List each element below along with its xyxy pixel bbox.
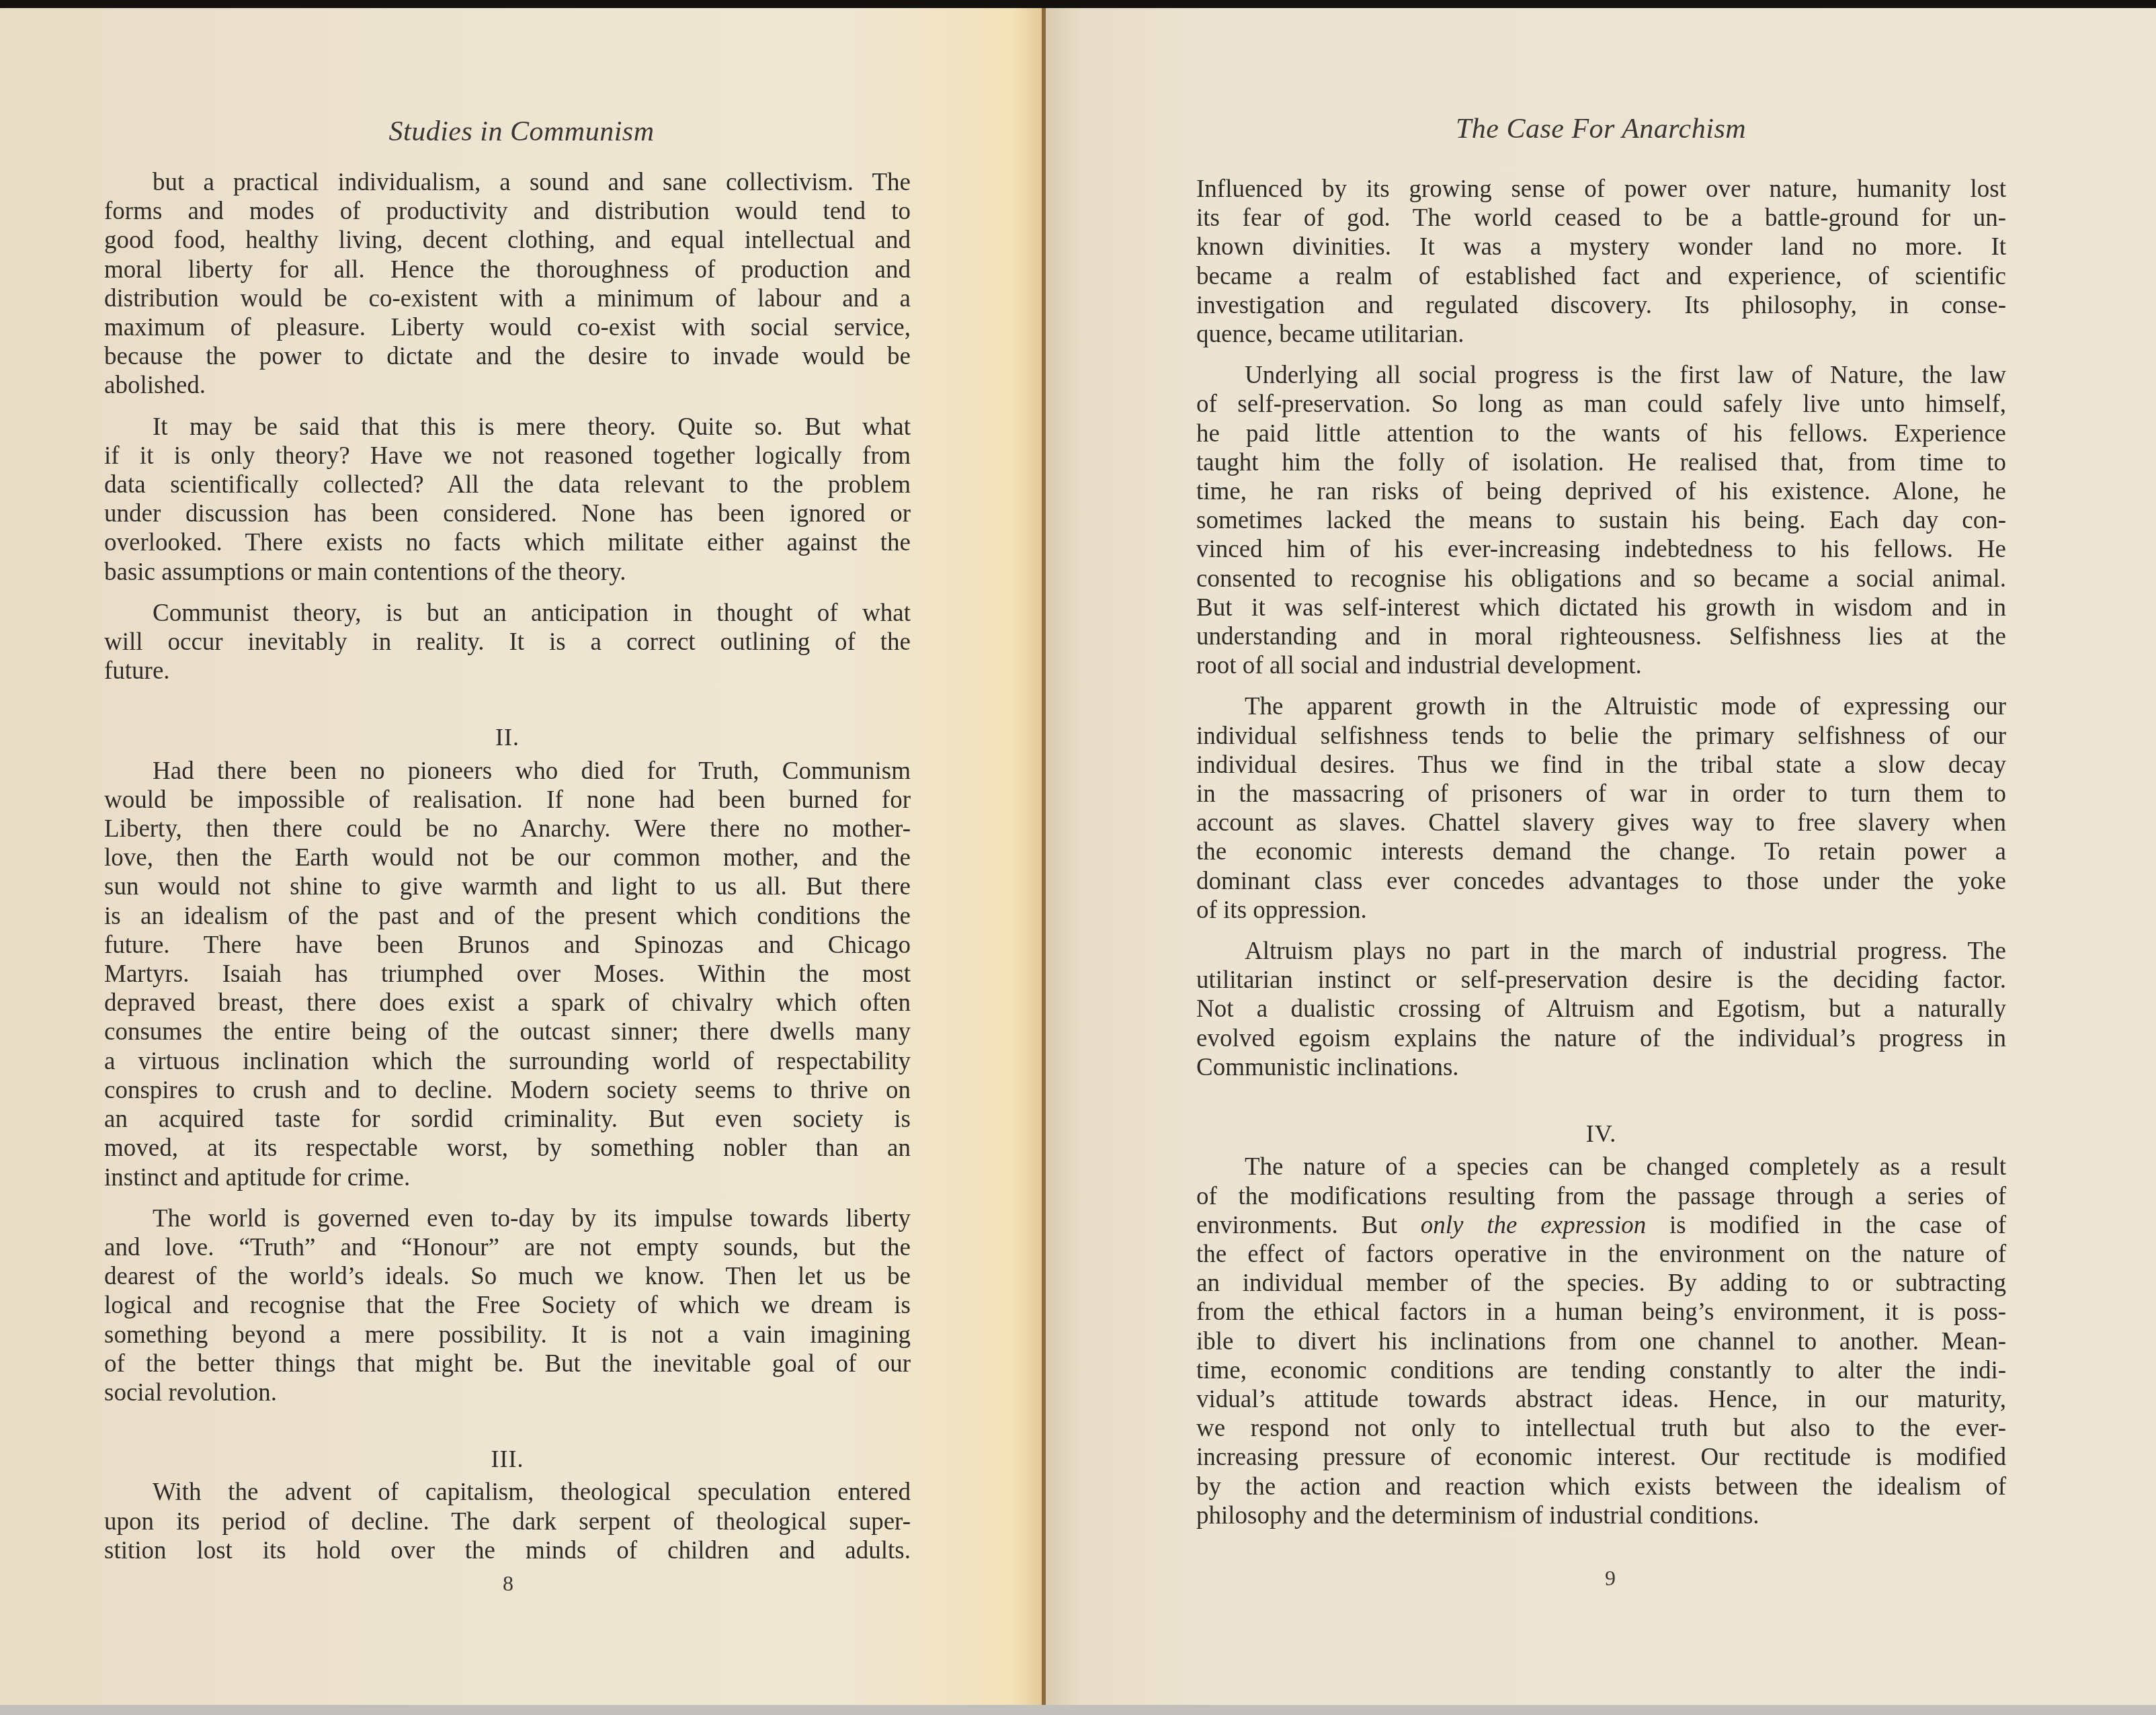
left-page: Studies in Communism but a practical ind…: [0, 8, 1043, 1705]
text-line: is an idealism of the past and of the pr…: [104, 902, 911, 931]
text-line: by the action and reaction which exists …: [1196, 1472, 2006, 1501]
text-line: upon its period of decline. The dark ser…: [104, 1507, 911, 1536]
text-line: With the advent of capitalism, theologic…: [104, 1478, 911, 1507]
section-heading: II.: [104, 723, 911, 752]
text-line: instinct and aptitude for crime.: [104, 1163, 911, 1192]
text-line: under discussion has been considered. No…: [104, 499, 911, 528]
text-line: The apparent growth in the Altruistic mo…: [1196, 692, 2006, 721]
text-line: consumes the entire being of the outcast…: [104, 1017, 911, 1046]
text-line: environments. But only the expression is…: [1196, 1211, 2006, 1240]
text-line: future. There have been Brunos and Spino…: [104, 931, 911, 960]
text-line: stition lost its hold over the minds of …: [104, 1536, 911, 1565]
text-line: he paid little attention to the wants of…: [1196, 419, 2006, 448]
text-line: of the modifications resulting from the …: [1196, 1182, 2006, 1211]
paragraph: Communist theory, is but an anticipation…: [104, 599, 911, 686]
running-head: Studies in Communism: [0, 116, 1043, 148]
running-head: The Case For Anarchism: [1046, 113, 2156, 145]
text-line: understanding and in moral righteousness…: [1196, 622, 2006, 651]
text-line: of self-preservation. So long as man cou…: [1196, 390, 2006, 419]
paragraph: but a practical individualism, a sound a…: [104, 168, 911, 401]
text-line: Martyrs. Isaiah has triumphed over Moses…: [104, 960, 911, 989]
text-line: Altruism plays no part in the march of i…: [1196, 937, 2006, 966]
text-line: basic assumptions or main contentions of…: [104, 558, 911, 587]
text-line: good food, healthy living, decent clothi…: [104, 226, 911, 255]
text-line: maximum of pleasure. Liberty would co-ex…: [104, 313, 911, 342]
text-line: Influenced by its growing sense of power…: [1196, 175, 2006, 204]
paragraph: The nature of a species can be changed c…: [1196, 1153, 2006, 1530]
text-line: time, he ran risks of being deprived of …: [1196, 477, 2006, 506]
text-line: future.: [104, 657, 911, 685]
text-line: vidual’s attitude towards abstract ideas…: [1196, 1385, 2006, 1414]
body-text: but a practical individualism, a sound a…: [104, 168, 911, 1577]
text-line: The nature of a species can be changed c…: [1196, 1153, 2006, 1181]
text-line: but a practical individualism, a sound a…: [104, 168, 911, 197]
text-line: dominant class ever concedes advantages …: [1196, 867, 2006, 896]
text-line: overlooked. There exists no facts which …: [104, 528, 911, 557]
text-line: of its oppression.: [1196, 896, 2006, 925]
page-number: 8: [503, 1571, 513, 1596]
scan-bottom-edge: [0, 1705, 2156, 1715]
text-line: Underlying all social progress is the fi…: [1196, 361, 2006, 390]
text-line: vinced him of his ever-increasing indebt…: [1196, 535, 2006, 564]
body-text: Influenced by its growing sense of power…: [1196, 175, 2006, 1542]
paragraph: Underlying all social progress is the fi…: [1196, 361, 2006, 680]
emphasis: only the expression: [1421, 1212, 1646, 1239]
text-line: sometimes lacked the means to sustain hi…: [1196, 506, 2006, 535]
text-line: its fear of god. The world ceased to be …: [1196, 204, 2006, 233]
page-number: 9: [1605, 1566, 1616, 1591]
paragraph: It may be said that this is mere theory.…: [104, 413, 911, 587]
text-line: if it is only theory? Have we not reason…: [104, 442, 911, 470]
text-line: abolished.: [104, 371, 911, 400]
text-line: investigation and regulated discovery. I…: [1196, 291, 2006, 320]
text-line: an individual member of the species. By …: [1196, 1269, 2006, 1298]
paragraph: Had there been no pioneers who died for …: [104, 757, 911, 1192]
text-line: dearest of the world’s ideals. So much w…: [104, 1262, 911, 1291]
text-line: moved, at its respectable worst, by some…: [104, 1134, 911, 1163]
text-line: moral liberty for all. Hence the thoroug…: [104, 255, 911, 284]
section-heading: III.: [104, 1445, 911, 1474]
paragraph: The apparent growth in the Altruistic mo…: [1196, 692, 2006, 925]
text-line: distribution would be co-existent with a…: [104, 284, 911, 313]
text-line: Not a dualistic crossing of Altruism and…: [1196, 995, 2006, 1023]
text-line: individual desires. Thus we find in the …: [1196, 751, 2006, 780]
text-line: account as slaves. Chattel slavery gives…: [1196, 808, 2006, 837]
text-line: sun would not shine to give warmth and l…: [104, 872, 911, 901]
text-line: and love. “Truth” and “Honour” are not e…: [104, 1233, 911, 1262]
text-line: ible to divert his inclinations from one…: [1196, 1327, 2006, 1356]
text-line: evolved egoism explains the nature of th…: [1196, 1024, 2006, 1053]
text-line: the economic interests demand the change…: [1196, 837, 2006, 866]
text-line: an acquired taste for sordid criminality…: [104, 1105, 911, 1134]
text-line: logical and recognise that the Free Soci…: [104, 1291, 911, 1320]
text-line: taught him the folly of isolation. He re…: [1196, 448, 2006, 477]
text-line: of the better things that might be. But …: [104, 1349, 911, 1378]
text-line: social revolution.: [104, 1378, 911, 1407]
text-line: Had there been no pioneers who died for …: [104, 757, 911, 786]
text-line: philosophy and the determinism of indust…: [1196, 1501, 2006, 1530]
paragraph: The world is governed even to-day by its…: [104, 1204, 911, 1407]
text-line: Communist theory, is but an anticipation…: [104, 599, 911, 628]
text-line: the effect of factors operative in the e…: [1196, 1240, 2006, 1269]
text-line: became a realm of established fact and e…: [1196, 262, 2006, 291]
paragraph: Altruism plays no part in the march of i…: [1196, 937, 2006, 1082]
text-line: data scientifically collected? All the d…: [104, 470, 911, 499]
text-line: conspires to crush and to decline. Moder…: [104, 1076, 911, 1105]
text-line: Communistic inclinations.: [1196, 1053, 2006, 1082]
text-line: from the ethical factors in a human bein…: [1196, 1298, 2006, 1327]
paragraph: Influenced by its growing sense of power…: [1196, 175, 2006, 349]
text-line: depraved breast, there does exist a spar…: [104, 989, 911, 1017]
text-line: individual selfishness tends to belie th…: [1196, 722, 2006, 751]
text-line: Liberty, then there could be no Anarchy.…: [104, 814, 911, 843]
text-line: something beyond a mere possibility. It …: [104, 1321, 911, 1349]
text-line: The world is governed even to-day by its…: [104, 1204, 911, 1233]
text-line: quence, became utilitarian.: [1196, 320, 2006, 349]
text-line: It may be said that this is mere theory.…: [104, 413, 911, 442]
right-page: The Case For Anarchism Influenced by its…: [1046, 8, 2156, 1705]
text-line: a virtuous inclination which the surroun…: [104, 1047, 911, 1076]
section-heading: IV.: [1196, 1120, 2006, 1148]
text-line: in the massacring of prisoners of war in…: [1196, 780, 2006, 808]
text-line: time, economic conditions are tending co…: [1196, 1356, 2006, 1385]
text-line: we respond not only to intellectual trut…: [1196, 1414, 2006, 1443]
text-line: will occur inevitably in reality. It is …: [104, 628, 911, 657]
text-line: would be impossible of realisation. If n…: [104, 786, 911, 814]
text-line: known divinities. It was a mystery wonde…: [1196, 233, 2006, 261]
text-line: because the power to dictate and the des…: [104, 342, 911, 371]
text-line: consented to recognise his obligations a…: [1196, 564, 2006, 593]
text-line: root of all social and industrial develo…: [1196, 651, 2006, 680]
text-line: increasing pressure of economic interest…: [1196, 1443, 2006, 1472]
text-line: forms and modes of productivity and dist…: [104, 197, 911, 226]
text-line: utilitarian instinct or self-preservatio…: [1196, 966, 2006, 995]
paragraph: With the advent of capitalism, theologic…: [104, 1478, 911, 1565]
text-line: But it was self-interest which dictated …: [1196, 593, 2006, 622]
text-line: love, then the Earth would not be our co…: [104, 843, 911, 872]
